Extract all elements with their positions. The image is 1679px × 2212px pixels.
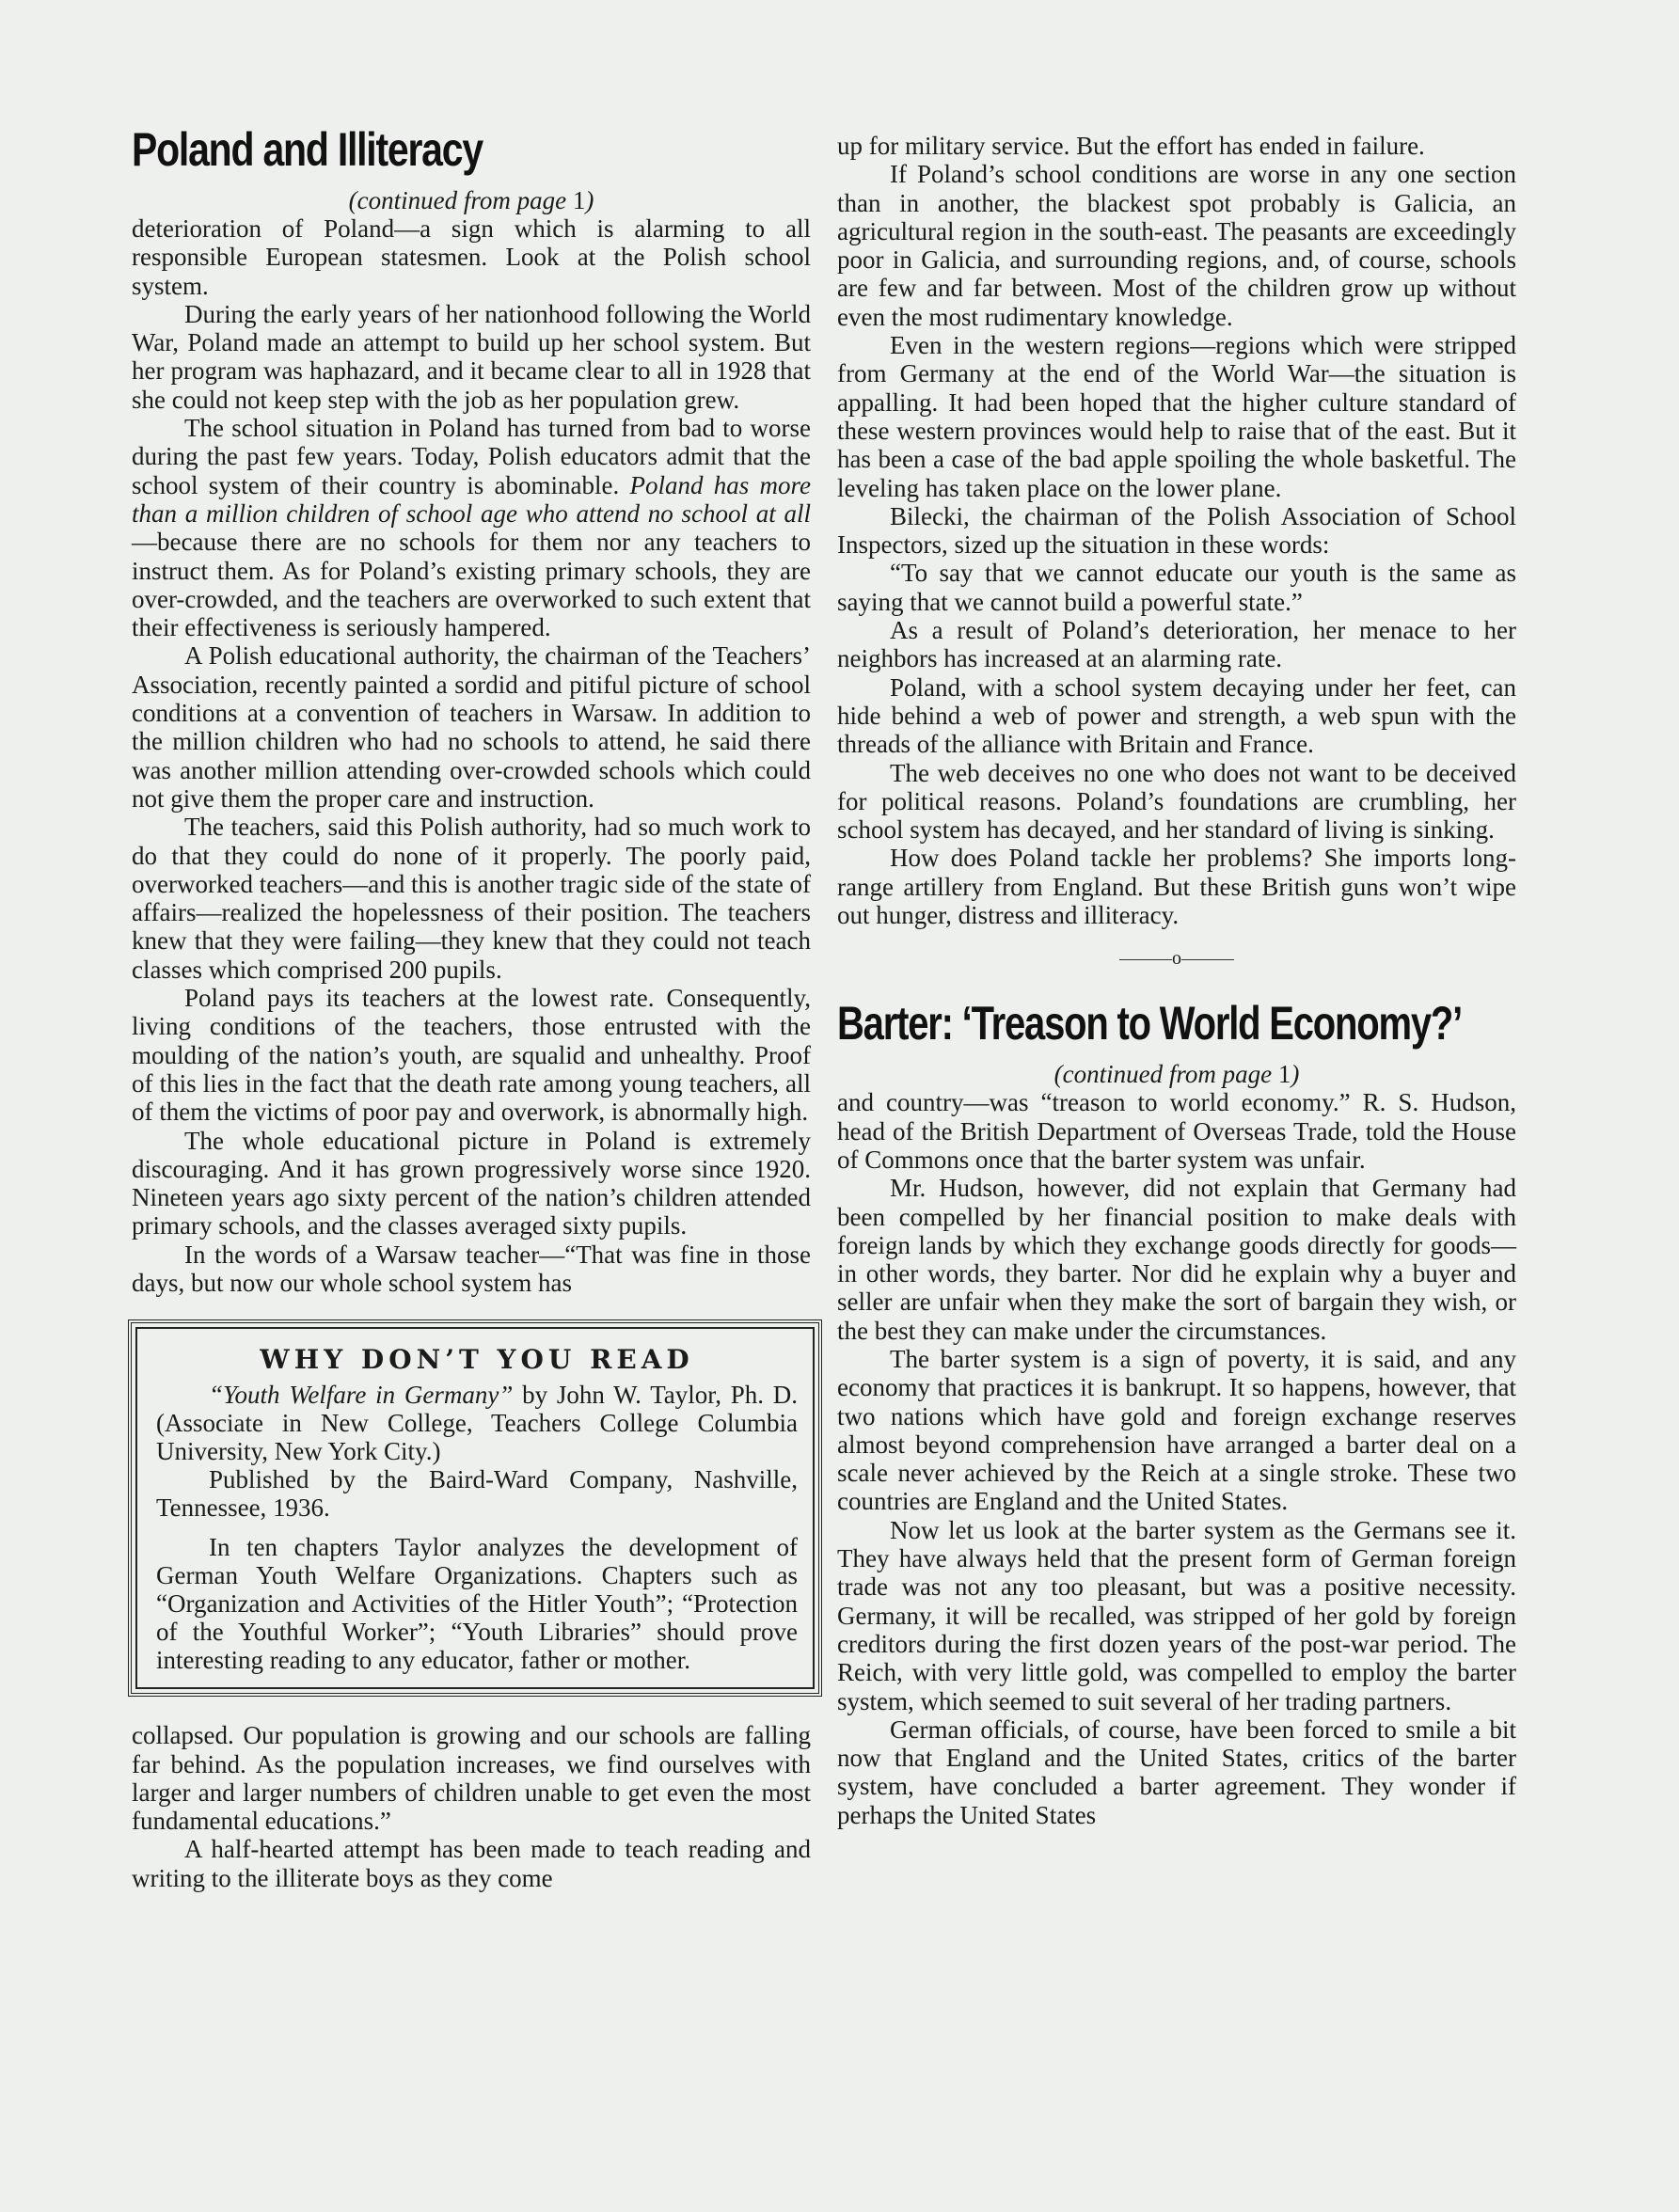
paragraph: up for military service. But the effort … <box>837 132 1516 160</box>
paragraph: The barter system is a sign of poverty, … <box>837 1345 1516 1516</box>
box-paragraph: “Youth Welfare in Germany” by John W. Ta… <box>156 1381 798 1465</box>
paragraph: A half-hearted attempt has been made to … <box>132 1835 811 1892</box>
continued-note: (continued from page 1) <box>837 1060 1516 1088</box>
box-paragraph: In ten chapters Taylor analyzes the deve… <box>156 1533 798 1674</box>
right-column: up for military service. But the effort … <box>837 132 1516 1829</box>
paragraph: deterioration of Poland—a sign which is … <box>132 214 811 300</box>
divider-line <box>1181 959 1234 960</box>
why-dont-you-read-box: WHY DON’T YOU READ “Youth Welfare in Ger… <box>128 1319 822 1697</box>
book-title: “Youth Welfare in Germany” <box>209 1381 513 1409</box>
article-title-barter: Barter: ‘Treason to World Economy?’ <box>837 996 1381 1051</box>
paragraph: Mr. Hudson, however, did not explain tha… <box>837 1174 1516 1345</box>
continued-text: continued from page <box>357 186 566 214</box>
section-divider: o <box>837 948 1516 970</box>
paragraph: How does Poland tackle her problems? She… <box>837 844 1516 929</box>
paragraph: Bilecki, the chairman of the Polish Asso… <box>837 502 1516 560</box>
divider-glyph: o <box>1172 948 1181 969</box>
continued-page-number: 1 <box>573 186 586 214</box>
paragraph: and country—was “treason to world econom… <box>837 1088 1516 1174</box>
article-title-poland: Poland and Illiteracy <box>132 122 689 177</box>
box-title: WHY DON’T YOU READ <box>156 1344 798 1375</box>
paragraph: In the words of a Warsaw teacher—“That w… <box>132 1240 811 1298</box>
paragraph: The school situation in Poland has turne… <box>132 414 811 641</box>
paragraph: As a result of Poland’s deterioration, h… <box>837 616 1516 673</box>
paragraph: Poland pays its teachers at the lowest r… <box>132 984 811 1126</box>
left-column: Poland and Illiteracy (continued from pa… <box>132 122 811 1892</box>
quote-paragraph: “To say that we cannot educate our youth… <box>837 559 1516 616</box>
continued-page-number: 1 <box>1278 1060 1291 1088</box>
paragraph: The whole educational picture in Poland … <box>132 1127 811 1240</box>
paragraph: A Polish educational authority, the chai… <box>132 641 811 813</box>
paragraph: The web deceives no one who does not wan… <box>837 759 1516 845</box>
continued-note: (continued from page 1) <box>132 186 811 214</box>
paragraph: Poland, with a school system decaying un… <box>837 673 1516 759</box>
paragraph: During the early years of her nationhood… <box>132 300 811 414</box>
paragraph: If Poland’s school conditions are worse … <box>837 160 1516 331</box>
paragraph: Even in the western regions—regions whic… <box>837 331 1516 502</box>
divider-line <box>1119 959 1172 960</box>
text-run: —because there are no schools for them n… <box>132 528 811 641</box>
box-paragraph: Published by the Baird-Ward Company, Nas… <box>156 1465 798 1522</box>
paragraph: Now let us look at the barter system as … <box>837 1516 1516 1715</box>
continued-text: continued from page <box>1063 1060 1272 1088</box>
paragraph: The teachers, said this Polish authority… <box>132 813 811 984</box>
paragraph: German officials, of course, have been f… <box>837 1715 1516 1829</box>
paragraph: collapsed. Our population is growing and… <box>132 1721 811 1835</box>
